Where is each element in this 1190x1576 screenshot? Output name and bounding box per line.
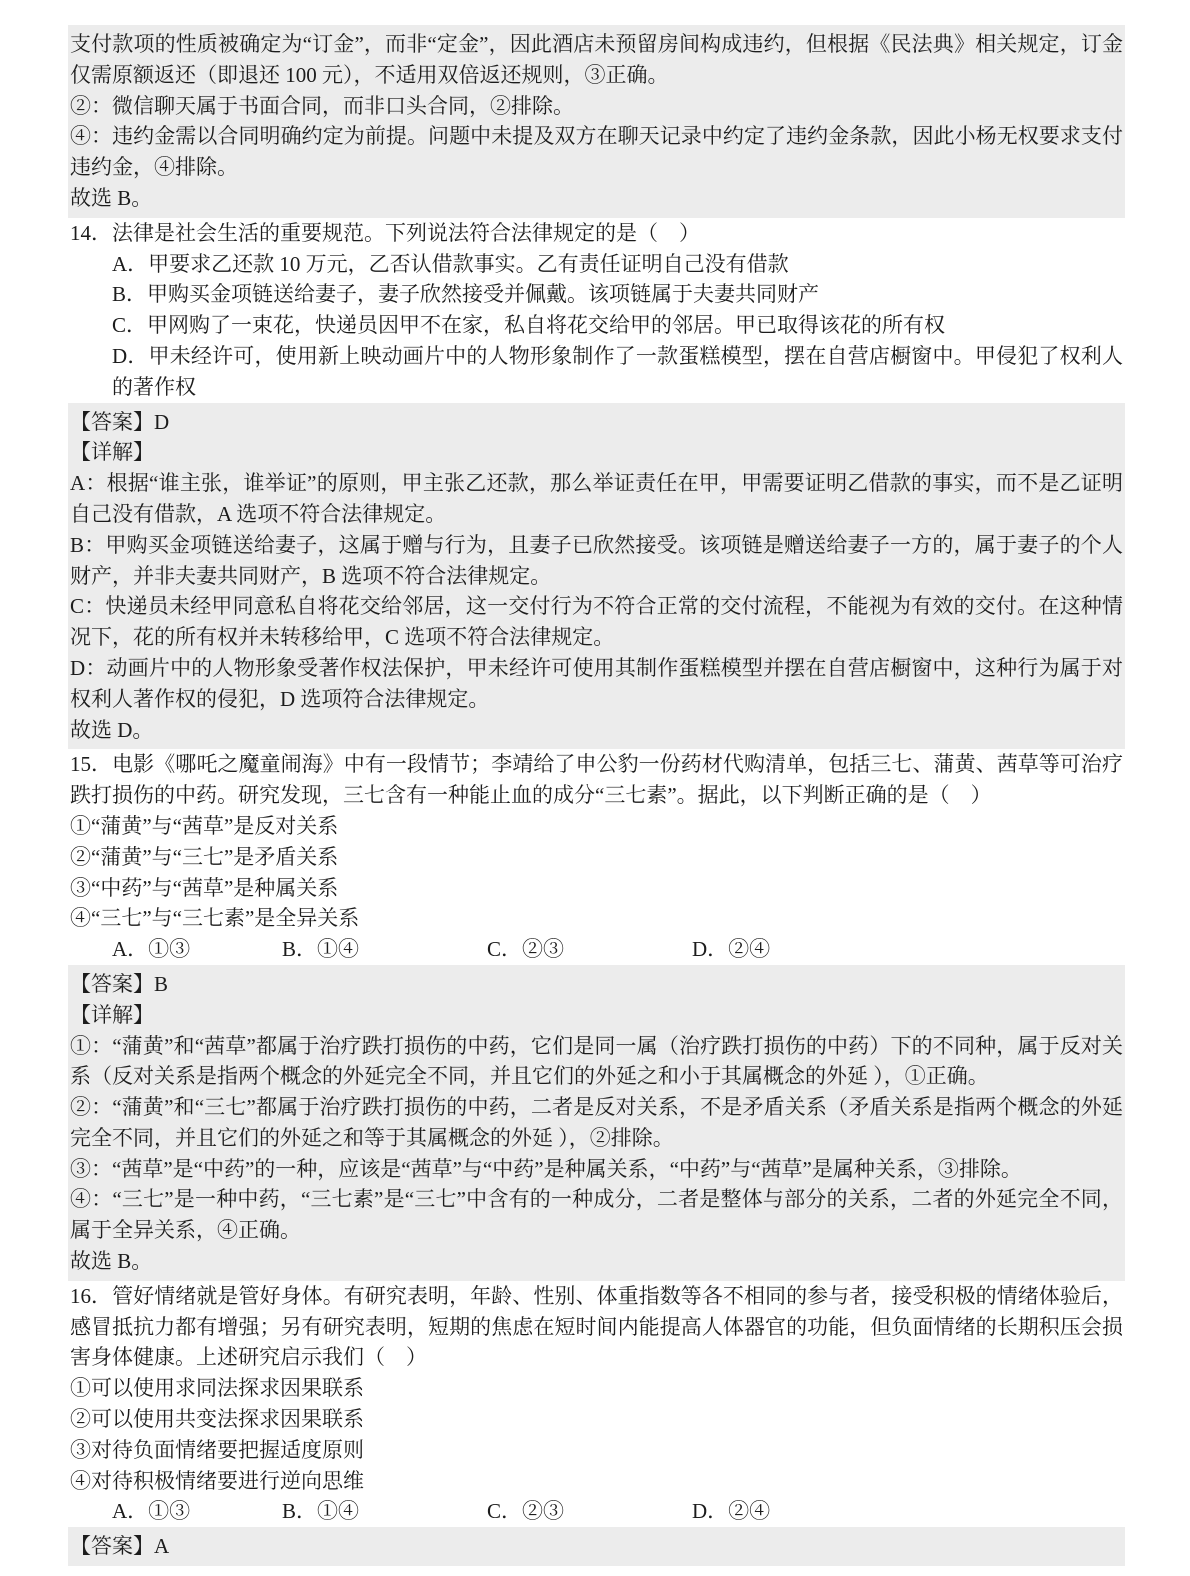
question-15-statement-2: ②“蒲黄”与“三七”是矛盾关系 — [70, 842, 1123, 873]
question-15-choice-b: B．①④ — [282, 934, 487, 965]
question-16-statement-3: ③对待负面情绪要把握适度原则 — [70, 1435, 1123, 1466]
question-16-choice-d: D．②④ — [692, 1496, 770, 1527]
detail-label: 【详解】 — [70, 437, 1123, 468]
question-14-detail-c: C：快递员未经甲同意私自将花交给邻居，这一交付行为不符合正常的交付流程，不能视为… — [70, 591, 1123, 653]
question-15-stem: 15．电影《哪吒之魔童闹海》中有一段情节；李靖给了申公豹一份药材代购清单，包括三… — [70, 749, 1123, 811]
answer-value: D — [154, 410, 169, 434]
question-14-option-a: A．甲要求乙还款 10 万元，乙否认借款事实。乙有责任证明自己没有借款 — [70, 249, 1123, 280]
question-16-statement-4: ④对待积极情绪要进行逆向思维 — [70, 1466, 1123, 1497]
question-16-answer-line: 【答案】A — [70, 1531, 1123, 1562]
question-15-statement-3: ③“中药”与“茜草”是种属关系 — [70, 873, 1123, 904]
question-15-detail-3: ③：“茜草”是“中药”的一种，应该是“茜草”与“中药”是种属关系，“中药”与“茜… — [70, 1154, 1123, 1185]
question-15-choice-c: C．②③ — [487, 934, 692, 965]
question-16-answer-block: 【答案】A — [68, 1527, 1125, 1566]
question-15-detail-1: ①：“蒲黄”和“茜草”都属于治疗跌打损伤的中药，它们是同一属（治疗跌打损伤的中药… — [70, 1031, 1123, 1093]
question-16-statement-2: ②可以使用共变法探求因果联系 — [70, 1404, 1123, 1435]
question-14-block: 14．法律是社会生活的重要规范。下列说法符合法律规定的是（ ） A．甲要求乙还款… — [70, 218, 1123, 403]
question-15-block: 15．电影《哪吒之魔童闹海》中有一段情节；李靖给了申公豹一份药材代购清单，包括三… — [70, 749, 1123, 965]
question-14-detail-d: D：动画片中的人物形象受著作权法保护，甲未经许可使用其制作蛋糕模型并摆在自营店橱… — [70, 653, 1123, 715]
q13-conclusion: 故选 B。 — [70, 183, 1123, 214]
answer-label: 【答案】 — [70, 410, 154, 434]
detail-label: 【详解】 — [70, 1000, 1123, 1031]
question-16-choices-row: A．①③B．①④C．②③D．②④ — [70, 1496, 1123, 1527]
question-14-answer-line: 【答案】D — [70, 407, 1123, 438]
question-15-answer-line: 【答案】B — [70, 969, 1123, 1000]
question-15-statement-1: ①“蒲黄”与“茜草”是反对关系 — [70, 811, 1123, 842]
q13-explanation-block: 支付款项的性质被确定为“订金”，而非“定金”，因此酒店未预留房间构成违约，但根据… — [68, 25, 1125, 218]
question-16-choice-a: A．①③ — [112, 1496, 282, 1527]
question-16-choice-b: B．①④ — [282, 1496, 487, 1527]
question-15-choices-row: A．①③B．①④C．②③D．②④ — [70, 934, 1123, 965]
answer-value: A — [154, 1534, 169, 1558]
q13-explanation-paragraph-3: ④：违约金需以合同明确约定为前提。问题中未提及双方在聊天记录中约定了违约金条款，… — [70, 121, 1123, 183]
question-14-answer-block: 【答案】D 【详解】 A：根据“谁主张，谁举证”的原则，甲主张乙还款，那么举证责… — [68, 403, 1125, 750]
question-15-conclusion: 故选 B。 — [70, 1246, 1123, 1277]
question-16-choice-c: C．②③ — [487, 1496, 692, 1527]
question-14-option-b: B．甲购买金项链送给妻子，妻子欣然接受并佩戴。该项链属于夫妻共同财产 — [70, 279, 1123, 310]
question-15-detail-2: ②：“蒲黄”和“三七”都属于治疗跌打损伤的中药，二者是反对关系，不是矛盾关系（矛… — [70, 1092, 1123, 1154]
exam-document-page: 支付款项的性质被确定为“订金”，而非“定金”，因此酒店未预留房间构成违约，但根据… — [0, 0, 1190, 1566]
question-14-detail-b: B：甲购买金项链送给妻子，这属于赠与行为，且妻子已欣然接受。该项链是赠送给妻子一… — [70, 530, 1123, 592]
answer-label: 【答案】 — [70, 1534, 154, 1558]
question-14-option-d: D．甲未经许可，使用新上映动画片中的人物形象制作了一款蛋糕模型，摆在自营店橱窗中… — [70, 341, 1123, 403]
question-14-stem: 14．法律是社会生活的重要规范。下列说法符合法律规定的是（ ） — [70, 218, 1123, 249]
question-15-answer-block: 【答案】B 【详解】 ①：“蒲黄”和“茜草”都属于治疗跌打损伤的中药，它们是同一… — [68, 965, 1125, 1281]
question-16-block: 16．管好情绪就是管好身体。有研究表明，年龄、性别、体重指数等各不相同的参与者，… — [70, 1281, 1123, 1527]
question-16-stem: 16．管好情绪就是管好身体。有研究表明，年龄、性别、体重指数等各不相同的参与者，… — [70, 1281, 1123, 1373]
answer-value: B — [154, 972, 168, 996]
question-15-choice-a: A．①③ — [112, 934, 282, 965]
question-14-detail-a: A：根据“谁主张，谁举证”的原则，甲主张乙还款，那么举证责任在甲，甲需要证明乙借… — [70, 468, 1123, 530]
question-15-detail-4: ④：“三七”是一种中药，“三七素”是“三七”中含有的一种成分，二者是整体与部分的… — [70, 1184, 1123, 1246]
question-14-conclusion: 故选 D。 — [70, 715, 1123, 746]
question-14-option-c: C．甲网购了一束花，快递员因甲不在家，私自将花交给甲的邻居。甲已取得该花的所有权 — [70, 310, 1123, 341]
question-16-statement-1: ①可以使用求同法探求因果联系 — [70, 1373, 1123, 1404]
q13-explanation-paragraph-2: ②：微信聊天属于书面合同，而非口头合同，②排除。 — [70, 91, 1123, 122]
answer-label: 【答案】 — [70, 972, 154, 996]
q13-explanation-paragraph-1: 支付款项的性质被确定为“订金”，而非“定金”，因此酒店未预留房间构成违约，但根据… — [70, 29, 1123, 91]
question-15-statement-4: ④“三七”与“三七素”是全异关系 — [70, 903, 1123, 934]
question-15-choice-d: D．②④ — [692, 934, 770, 965]
